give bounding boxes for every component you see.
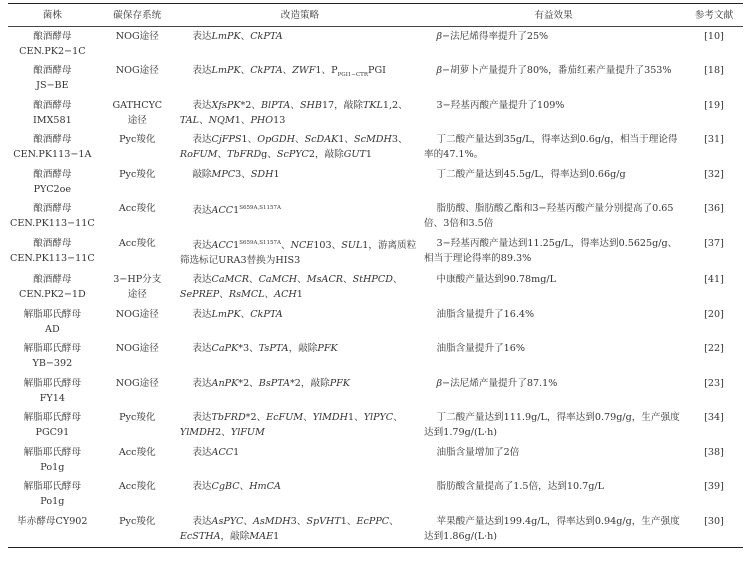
strain-cell: 酿酒酵母IMX581 [8,96,97,131]
header-reference: 参考文献 [685,4,743,27]
system-cell: NOG途径 [97,305,178,340]
system-cell: Acc羧化 [97,478,178,513]
reference-cell[interactable]: [10] [685,27,743,62]
system-cell: NOG途径 [97,62,178,97]
table-row: 酿酒酵母CEN.PK2−1D 3−HP分支途径 表达CaMCR、CaMCH、Ms… [8,271,743,306]
effect-cell: β−胡萝卜产量提升了80%，番茄红素产量提升了353% [422,62,685,97]
table-header-row: 菌株 碳保存系统 改造策略 有益效果 参考文献 [8,4,743,27]
effect-cell: β−法尼烯得率提升了25% [422,27,685,62]
strategy-cell: 表达ACC1S659A,S1157A [178,200,422,235]
system-cell: Acc羧化 [97,200,178,235]
strategy-cell: 表达CgBC、HmCA [178,478,422,513]
table-row: 酿酒酵母JS−BE NOG途径 表达LmPK、CkPTA、ZWF1、PPGI1−… [8,62,743,97]
header-carbon-system: 碳保存系统 [97,4,178,27]
reference-cell[interactable]: [36] [685,200,743,235]
reference-cell[interactable]: [18] [685,62,743,97]
reference-cell[interactable]: [39] [685,478,743,513]
strain-cell: 毕赤酵母CY902 [8,512,97,547]
header-effect: 有益效果 [422,4,685,27]
strain-id: CEN.PK2−1C [19,46,85,57]
strain-cell: 酿酒酵母CEN.PK113−11C [8,200,97,235]
reference-cell[interactable]: [19] [685,96,743,131]
effect-cell: 油脂含量增加了2倍 [422,443,685,478]
effect-cell: 3−羟基丙酸产量提升了109% [422,96,685,131]
effect-cell: 脂肪酸、脂肪酸乙酯和3−羟基丙酸产量分别提高了0.65倍、3倍和3.5倍 [422,200,685,235]
effect-cell: 中康酸产量达到90.78mg/L [422,271,685,306]
effect-cell: 丁二酸产量达到45.5g/L，得率达到0.66g/g [422,165,685,200]
effect-cell: 丁二酸产量达到35g/L，得率达到0.6g/g，相当于理论得率的47.1%。 [422,131,685,166]
system-cell: GATHCYC途径 [97,96,178,131]
table-row: 解脂耶氏酵母YB−392 NOG途径 表达CaPK*3、TsPTA，敲除PFK … [8,340,743,375]
strategy-cell: 表达LmPK、CkPTA [178,27,422,62]
table-row: 解脂耶氏酵母PGC91 Pyc羧化 表达TbFRD*2、EcFUM、YlMDH1… [8,409,743,444]
reference-cell[interactable]: [37] [685,234,743,271]
reference-cell[interactable]: [30] [685,512,743,547]
table-row: 酿酒酵母CEN.PK2−1C NOG途径 表达LmPK、CkPTA β−法尼烯得… [8,27,743,62]
table-row: 解脂耶氏酵母AD NOG途径 表达LmPK、CkPTA 油脂含量提升了16.4%… [8,305,743,340]
table-row: 酿酒酵母PYC2oe Pyc羧化 敲除MPC3、SDH1 丁二酸产量达到45.5… [8,165,743,200]
strategy-cell: 表达AsPYC、AsMDH3、SpVHT1、EcPPC、EcSTHA，敲除MAE… [178,512,422,547]
strain-cell: 酿酒酵母CEN.PK2−1C [8,27,97,62]
reference-cell[interactable]: [41] [685,271,743,306]
strain-cell: 酿酒酵母PYC2oe [8,165,97,200]
strategy-cell: 表达LmPK、CkPTA [178,305,422,340]
strategy-cell: 表达CaPK*3、TsPTA，敲除PFK [178,340,422,375]
system-cell: Pyc羧化 [97,512,178,547]
strategy-cell: 表达ACC1S659A,S1157A、NCE103、SUL1，游离质粒筛选标记U… [178,234,422,271]
effect-cell: 油脂含量提升了16.4% [422,305,685,340]
system-cell: NOG途径 [97,340,178,375]
system-cell: NOG途径 [97,374,178,409]
strain-cell: 解脂耶氏酵母FY14 [8,374,97,409]
strain-cell: 酿酒酵母JS−BE [8,62,97,97]
strategy-cell: 表达XfsPK*2、BlPTA、SHB17，敲除TKL1,2、TAL、NQM1、… [178,96,422,131]
effect-cell: 苹果酸产量达到199.4g/L，得率达到0.94g/g，生产强度达到1.86g/… [422,512,685,547]
species: 酿酒酵母 [33,31,71,42]
strain-engineering-table: 菌株 碳保存系统 改造策略 有益效果 参考文献 酿酒酵母CEN.PK2−1C N… [8,3,743,548]
reference-cell[interactable]: [22] [685,340,743,375]
strain-cell: 酿酒酵母CEN.PK2−1D [8,271,97,306]
strain-cell: 解脂耶氏酵母Po1g [8,443,97,478]
system-cell: Pyc羧化 [97,165,178,200]
strain-cell: 解脂耶氏酵母PGC91 [8,409,97,444]
strategy-cell: 表达AnPK*2、BsPTA*2，敲除PFK [178,374,422,409]
strategy-cell: 表达TbFRD*2、EcFUM、YlMDH1、YlPYC、YlMDH2、YlFU… [178,409,422,444]
strain-cell: 解脂耶氏酵母AD [8,305,97,340]
header-strategy: 改造策略 [178,4,422,27]
reference-cell[interactable]: [34] [685,409,743,444]
table-row: 酿酒酵母CEN.PK113−11C Acc羧化 表达ACC1S659A,S115… [8,234,743,271]
reference-cell[interactable]: [23] [685,374,743,409]
system-cell: Pyc羧化 [97,131,178,166]
strain-cell: 解脂耶氏酵母YB−392 [8,340,97,375]
system-cell: NOG途径 [97,27,178,62]
strain-cell: 酿酒酵母CEN.PK113−11C [8,234,97,271]
reference-cell[interactable]: [32] [685,165,743,200]
effect-cell: 脂肪酸含量提高了1.5倍，达到10.7g/L [422,478,685,513]
system-cell: Pyc羧化 [97,409,178,444]
strain-cell: 酿酒酵母CEN.PK113−1A [8,131,97,166]
system-cell: Acc羧化 [97,443,178,478]
strain-cell: 解脂耶氏酵母Po1g [8,478,97,513]
system-cell: Acc羧化 [97,234,178,271]
strategy-cell: 表达CjFPS1、OpGDH、ScDAK1、ScMDH3、RoFUM、TbFRD… [178,131,422,166]
table-row: 解脂耶氏酵母FY14 NOG途径 表达AnPK*2、BsPTA*2，敲除PFK … [8,374,743,409]
strategy-cell: 表达LmPK、CkPTA、ZWF1、PPGI1−CTRPGI [178,62,422,97]
table-row: 解脂耶氏酵母Po1g Acc羧化 表达CgBC、HmCA 脂肪酸含量提高了1.5… [8,478,743,513]
effect-cell: 3−羟基丙酸产量达到11.25g/L，得率达到0.5625g/g、相当于理论得率… [422,234,685,271]
system-cell: 3−HP分支途径 [97,271,178,306]
effect-cell: 丁二酸产量达到111.9g/L，得率达到0.79g/g，生产强度达到1.79g/… [422,409,685,444]
table-row: 酿酒酵母IMX581 GATHCYC途径 表达XfsPK*2、BlPTA、SHB… [8,96,743,131]
table-row: 酿酒酵母CEN.PK113−11C Acc羧化 表达ACC1S659A,S115… [8,200,743,235]
header-strain: 菌株 [8,4,97,27]
reference-cell[interactable]: [20] [685,305,743,340]
table-row: 毕赤酵母CY902 Pyc羧化 表达AsPYC、AsMDH3、SpVHT1、Ec… [8,512,743,547]
strategy-cell: 敲除MPC3、SDH1 [178,165,422,200]
effect-cell: 油脂含量提升了16% [422,340,685,375]
table-row: 酿酒酵母CEN.PK113−1A Pyc羧化 表达CjFPS1、OpGDH、Sc… [8,131,743,166]
reference-cell[interactable]: [31] [685,131,743,166]
table-row: 解脂耶氏酵母Po1g Acc羧化 表达ACC1 油脂含量增加了2倍 [38] [8,443,743,478]
reference-cell[interactable]: [38] [685,443,743,478]
strategy-cell: 表达CaMCR、CaMCH、MsACR、StHPCD、SePREP、RsMCL、… [178,271,422,306]
effect-cell: β−法尼烯产量提升了87.1% [422,374,685,409]
strategy-cell: 表达ACC1 [178,443,422,478]
